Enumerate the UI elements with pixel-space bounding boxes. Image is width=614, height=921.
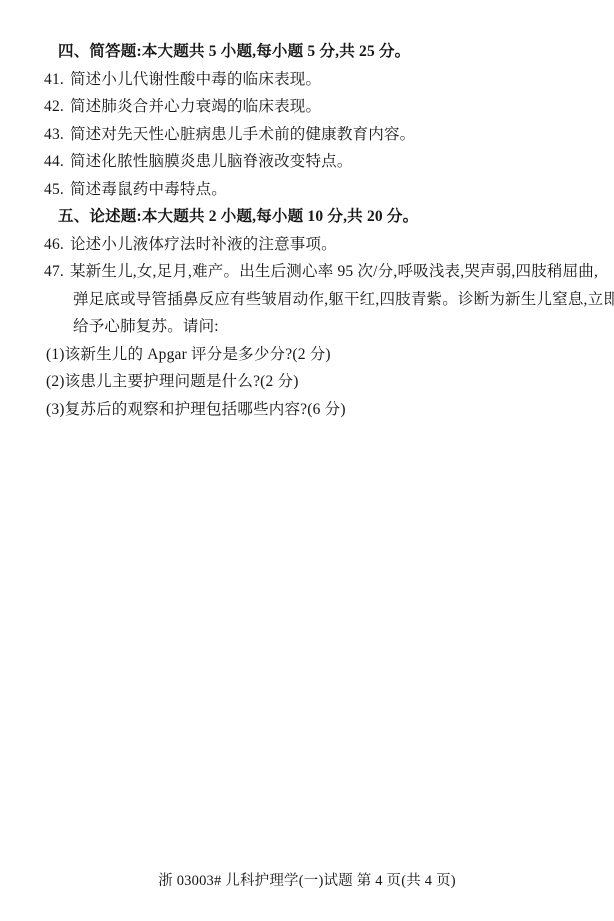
section-4-heading: 四、简答题:本大题共 5 小题,每小题 5 分,共 25 分。 — [58, 38, 604, 66]
question-46-text: 论述小儿液体疗法时补液的注意事项。 — [70, 236, 337, 253]
question-43-text: 简述对先天性心脏病患儿手术前的健康教育内容。 — [70, 126, 415, 143]
question-47-line-3: 给予心肺复苏。请问: — [73, 313, 604, 341]
question-47-sub-2: (2)该患儿主要护理问题是什么?(2 分) — [46, 368, 604, 396]
question-41-text: 简述小儿代谢性酸中毒的临床表现。 — [70, 71, 321, 88]
question-43-number: 43. — [44, 126, 64, 143]
exam-body: 四、简答题:本大题共 5 小题,每小题 5 分,共 25 分。 41.简述小儿代… — [44, 38, 604, 423]
question-42-text: 简述肺炎合并心力衰竭的临床表现。 — [70, 98, 321, 115]
question-41-number: 41. — [44, 71, 64, 88]
question-42: 42.简述肺炎合并心力衰竭的临床表现。 — [44, 93, 604, 121]
question-45: 45.简述毒鼠药中毒特点。 — [44, 176, 604, 204]
question-47-sub-3: (3)复苏后的观察和护理包括哪些内容?(6 分) — [46, 396, 604, 424]
question-47-text-1: 某新生儿,女,足月,难产。出生后测心率 95 次/分,呼吸浅表,哭声弱,四肢稍屈… — [70, 263, 598, 280]
question-41: 41.简述小儿代谢性酸中毒的临床表现。 — [44, 66, 604, 94]
question-47-number: 47. — [44, 263, 64, 280]
question-44-number: 44. — [44, 153, 64, 170]
question-44: 44.简述化脓性脑膜炎患儿脑脊液改变特点。 — [44, 148, 604, 176]
question-46-number: 46. — [44, 236, 64, 253]
question-45-text: 简述毒鼠药中毒特点。 — [70, 181, 227, 198]
question-45-number: 45. — [44, 181, 64, 198]
question-47-sub-1: (1)该新生儿的 Apgar 评分是多少分?(2 分) — [46, 341, 604, 369]
page-footer: 浙 03003# 儿科护理学(一)试题 第 4 页(共 4 页) — [0, 871, 614, 891]
question-47-line-1: 47.某新生儿,女,足月,难产。出生后测心率 95 次/分,呼吸浅表,哭声弱,四… — [44, 258, 604, 286]
question-42-number: 42. — [44, 98, 64, 115]
question-44-text: 简述化脓性脑膜炎患儿脑脊液改变特点。 — [70, 153, 353, 170]
question-47-line-2: 弹足底或导管插鼻反应有些皱眉动作,躯干红,四肢青紫。诊断为新生儿窒息,立即 — [73, 286, 604, 314]
question-43: 43.简述对先天性心脏病患儿手术前的健康教育内容。 — [44, 121, 604, 149]
section-5-heading: 五、论述题:本大题共 2 小题,每小题 10 分,共 20 分。 — [58, 203, 604, 231]
question-46: 46.论述小儿液体疗法时补液的注意事项。 — [44, 231, 604, 259]
scanned-exam-page: { "sections": [ { "heading": "四、简答题:本大题共… — [0, 0, 614, 921]
